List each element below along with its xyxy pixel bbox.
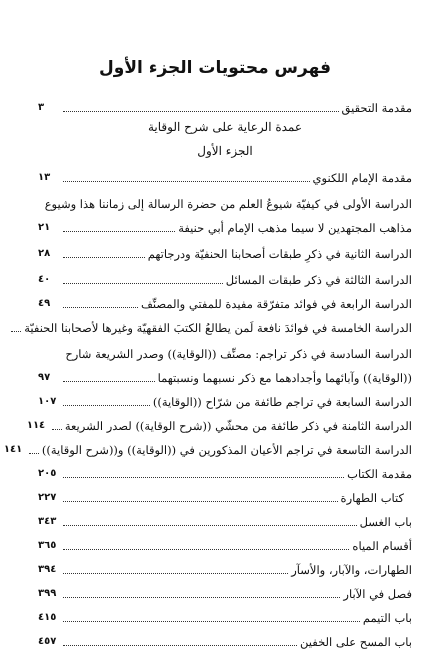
- entry-label: مقدمة التحقيق: [340, 100, 412, 116]
- toc-entry-purifications-wells[interactable]: الطهارات، والآبار، والأسآر ٣٩٤: [38, 558, 412, 578]
- page-number: ٣: [38, 100, 60, 116]
- toc-entry-study-2[interactable]: الدراسة الثانية في ذكرِ طبقات أصحابنا ال…: [38, 242, 412, 262]
- page-number: ١٤١: [4, 442, 26, 458]
- toc-entry-study-6-line-2[interactable]: ((الوقاية)) وآبائهما وأجدادهما مع ذكر نس…: [38, 366, 412, 386]
- toc-entry-section-wells[interactable]: فصل في الآبار ٣٩٩: [38, 582, 412, 602]
- page-number: ٩٧: [38, 370, 60, 386]
- entry-label: الدراسة الثالثة في ذكر طبقات المسائل: [224, 272, 412, 288]
- entry-label: الطهارات، والآبار، والأسآر: [289, 562, 412, 578]
- toc-entry-chapter-wiping-khuffs[interactable]: باب المسح على الخفين ٤٥٧: [38, 630, 412, 650]
- entry-label: فصل في الآبار: [341, 586, 412, 602]
- entry-label: ((الوقاية)) وآبائهما وأجدادهما مع ذكر نس…: [156, 370, 412, 386]
- toc-entry-chapter-ghusl[interactable]: باب الغسل ٣٤٣: [38, 510, 412, 530]
- page-number: ١٣: [38, 170, 60, 186]
- dot-leader: [63, 525, 357, 526]
- dot-leader: [63, 477, 344, 478]
- entry-label: الدراسة التاسعة في تراجم الأعيان المذكور…: [40, 442, 412, 458]
- entry-label: الدراسة الخامسة في فوائدَ نافعة لَمن يطا…: [22, 320, 412, 336]
- toc-entry-study-1-line-1[interactable]: الدراسة الأولى في كيفيّة شيوعُ العلم من …: [38, 192, 412, 212]
- book-subtitle: عمدة الرعاية على شرح الوقاية: [38, 118, 412, 136]
- toc-entry-study-1-line-2[interactable]: مذاهب المجتهدين لا سيما مذهب الإمام أبي …: [38, 216, 412, 236]
- entry-label: كتاب الطهارة: [339, 490, 412, 506]
- dot-leader: [52, 429, 62, 430]
- dot-leader: [63, 501, 338, 502]
- page-number: ٣٩٤: [38, 562, 60, 578]
- page-number: ٤٥٧: [38, 634, 60, 650]
- dot-leader: [63, 573, 288, 574]
- toc-entry-types-of-water[interactable]: أقسام المياه ٣٦٥: [38, 534, 412, 554]
- dot-leader: [63, 597, 340, 598]
- dot-leader: [63, 645, 297, 646]
- toc-entry-book-introduction[interactable]: مقدمة الكتاب ٢٠٥: [38, 462, 412, 482]
- dot-leader: [63, 231, 175, 232]
- dot-leader: [63, 111, 339, 112]
- toc-entry-study-8[interactable]: الدراسة الثامنة في ذكر طائفة من محشّي ((…: [38, 414, 412, 434]
- entry-label: مذاهب المجتهدين لا سيما مذهب الإمام أبي …: [176, 220, 412, 236]
- toc-entry-study-5[interactable]: الدراسة الخامسة في فوائدَ نافعة لَمن يطا…: [38, 316, 412, 336]
- entry-label: باب الغسل: [358, 514, 412, 530]
- page-title: فهرس محتويات الجزء الأول: [0, 56, 430, 80]
- page-number: ٢٨: [38, 246, 60, 262]
- toc-entry-introduction-tahqiq[interactable]: مقدمة التحقيق ٣: [38, 96, 412, 116]
- page-number: ٣٦٥: [38, 538, 60, 554]
- toc-page: فهرس محتويات الجزء الأول مقدمة التحقيق ٣…: [0, 0, 430, 669]
- entry-label: مقدمة الكتاب: [345, 466, 412, 482]
- page-number: ٤١٥: [38, 610, 60, 626]
- entry-label: الدراسة السابعة في تراجم طائفة من شرّاح …: [151, 394, 412, 410]
- dot-leader: [11, 331, 21, 332]
- dot-leader: [63, 181, 310, 182]
- page-number: ٧٨: [0, 320, 8, 336]
- toc-entry-book-of-purification[interactable]: كتاب الطهارة ٢٢٧: [38, 486, 412, 506]
- page-number: ١٠٧: [38, 394, 60, 410]
- page-number: ٣٩٩: [38, 586, 60, 602]
- toc-entry-study-7[interactable]: الدراسة السابعة في تراجم طائفة من شرّاح …: [38, 390, 412, 410]
- page-number: ٤٠: [38, 272, 60, 288]
- page-number: ١١٤: [27, 418, 49, 434]
- page-number: ٢٢٧: [38, 490, 60, 506]
- page-number: ٤٩: [38, 296, 60, 312]
- dot-leader: [63, 307, 138, 308]
- entry-label: الدراسة الثامنة في ذكر طائفة من محشّي ((…: [63, 418, 412, 434]
- dot-leader: [63, 621, 360, 622]
- toc-entry-study-6-line-1[interactable]: الدراسة السادسة في ذكر تراجم: مصنِّف ((ا…: [38, 342, 412, 362]
- page-number: ٣٤٣: [38, 514, 60, 530]
- dot-leader: [63, 283, 223, 284]
- entry-label: باب المسح على الخفين: [298, 634, 412, 650]
- dot-leader: [63, 405, 150, 406]
- entry-label: الدراسة الثانية في ذكرِ طبقات أصحابنا ال…: [146, 246, 412, 262]
- toc-entry-study-3[interactable]: الدراسة الثالثة في ذكر طبقات المسائل ٤٠: [38, 268, 412, 288]
- entry-label: الدراسة الرابعة في فوائد متفرّقة مفيدة ل…: [139, 296, 412, 312]
- toc-entry-study-9[interactable]: الدراسة التاسعة في تراجم الأعيان المذكور…: [38, 438, 412, 458]
- dot-leader: [63, 549, 349, 550]
- entry-label: الدراسة السادسة في ذكر تراجم: مصنِّف ((ا…: [63, 346, 412, 362]
- page-number: ٢١: [38, 220, 60, 236]
- toc-entry-study-4[interactable]: الدراسة الرابعة في فوائد متفرّقة مفيدة ل…: [38, 292, 412, 312]
- entry-label: مقدمة الإمام اللكنوي: [311, 170, 412, 186]
- dot-leader: [63, 257, 145, 258]
- entry-label: الدراسة الأولى في كيفيّة شيوعُ العلم من …: [43, 196, 412, 212]
- page-number: ٢٠٥: [38, 466, 60, 482]
- dot-leader: [29, 453, 39, 454]
- toc-entry-chapter-tayammum[interactable]: باب التيمم ٤١٥: [38, 606, 412, 626]
- volume-heading: الجزء الأول: [38, 142, 412, 160]
- entry-label: باب التيمم: [361, 610, 412, 626]
- dot-leader: [63, 381, 155, 382]
- toc-entry-lucknawi-intro[interactable]: مقدمة الإمام اللكنوي ١٣: [38, 166, 412, 186]
- entry-label: أقسام المياه: [350, 538, 412, 554]
